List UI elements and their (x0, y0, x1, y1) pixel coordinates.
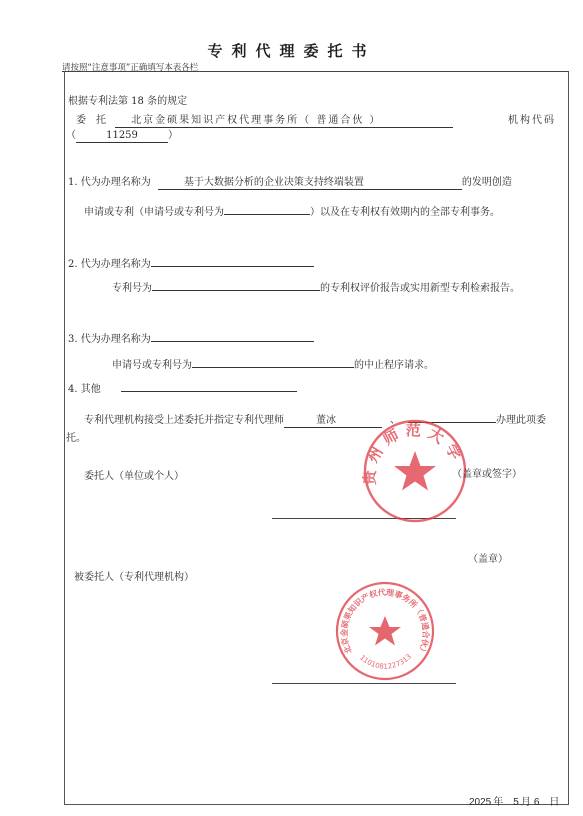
document-title: 专利代理委托书 (0, 40, 583, 61)
principal-label: 委托人（单位或个人） (84, 467, 184, 482)
invention-name-field[interactable]: 基于大数据分析的企业决策支持终端装置 (158, 177, 462, 190)
agency-stamp: 北京金硕果知识产权代理事务所（普通合伙） 1101081227313 (334, 580, 436, 682)
item1-line2: 申请或专利（申请号或专利号为）以及在专利权有效期内的全部专利事务。 (84, 203, 500, 218)
item1-line1: 1. 代为办理名称为 基于大数据分析的企业决策支持终端装置的发明创造 (68, 173, 512, 190)
item3-name-field[interactable] (151, 341, 314, 342)
agent-seal-hint: （盖章） (468, 550, 508, 565)
item1-prefix: 1. 代为办理名称为 (68, 177, 151, 188)
item4-field[interactable] (121, 391, 297, 392)
date-month-unit: 月 (521, 797, 531, 808)
svg-text:1101081227313: 1101081227313 (358, 653, 413, 671)
item3-line2-prefix: 申请号或专利号为 (112, 360, 192, 371)
item2-line2-suffix: 的专利权评价报告或实用新型专利检索报告。 (320, 283, 520, 294)
acceptance-suffix: 办理此项委 (496, 415, 546, 426)
paren-open: （ (66, 130, 76, 141)
legal-basis: 根据专利法第 18 条的规定 (68, 92, 187, 107)
item3-prefix: 3. 代为办理名称为 (68, 334, 151, 345)
item4-line: 4. 其他 (68, 380, 297, 395)
item3-line2: 申请号或专利号为的中止程序请求。 (112, 356, 434, 371)
date-year-unit: 年 (493, 797, 503, 808)
org-code-label: 机构代码 (508, 111, 556, 126)
item2-line2-prefix: 专利号为 (112, 283, 152, 294)
agent-org-label: 被委托人（专利代理机构） (74, 568, 194, 583)
item2-prefix: 2. 代为办理名称为 (68, 259, 151, 270)
date-month: 5 (513, 797, 519, 808)
item3-number-field[interactable] (192, 367, 354, 368)
acceptance-line: 专利代理机构接受上述委托并指定专利代理师董冰、办理此项委 (84, 411, 546, 428)
agent-signature-line[interactable] (272, 683, 456, 684)
acceptance-prefix: 专利代理机构接受上述委托并指定专利代理师 (84, 415, 284, 426)
patent-number-field[interactable] (152, 290, 320, 291)
item1-line2-suffix: ）以及在专利权有效期内的全部专利事务。 (310, 207, 500, 218)
item2-line2: 专利号为的专利权评价报告或实用新型专利检索报告。 (112, 279, 520, 294)
principal-sign-hint: （盖章或签字） (452, 465, 522, 480)
date-year: 2025 (469, 797, 491, 808)
item1-line2-prefix: 申请或专利（申请号或专利号为 (84, 207, 224, 218)
stamp-star-icon (394, 451, 436, 491)
stamp-star-icon (369, 616, 401, 646)
org-code-field[interactable]: 11259 (76, 130, 168, 143)
application-number-field[interactable] (224, 214, 310, 215)
date-day-unit: 日 (549, 797, 559, 808)
entrust-label: 委 托 (76, 115, 106, 126)
item2-name-field[interactable] (151, 266, 314, 267)
paren-close: ） (168, 130, 178, 141)
date-day: 6 (534, 797, 540, 808)
item3-line2-suffix: 的中止程序请求。 (354, 360, 434, 371)
org-code-line: （11259） (66, 126, 178, 143)
item1-suffix: 的发明创造 (462, 177, 512, 188)
item3-line1: 3. 代为办理名称为 (68, 330, 314, 345)
item2-line1: 2. 代为办理名称为 (68, 255, 314, 270)
date-line: 2025年5月6日 (469, 793, 559, 808)
acceptance-wrap: 托。 (66, 429, 86, 444)
item4-prefix: 4. 其他 (68, 384, 101, 395)
